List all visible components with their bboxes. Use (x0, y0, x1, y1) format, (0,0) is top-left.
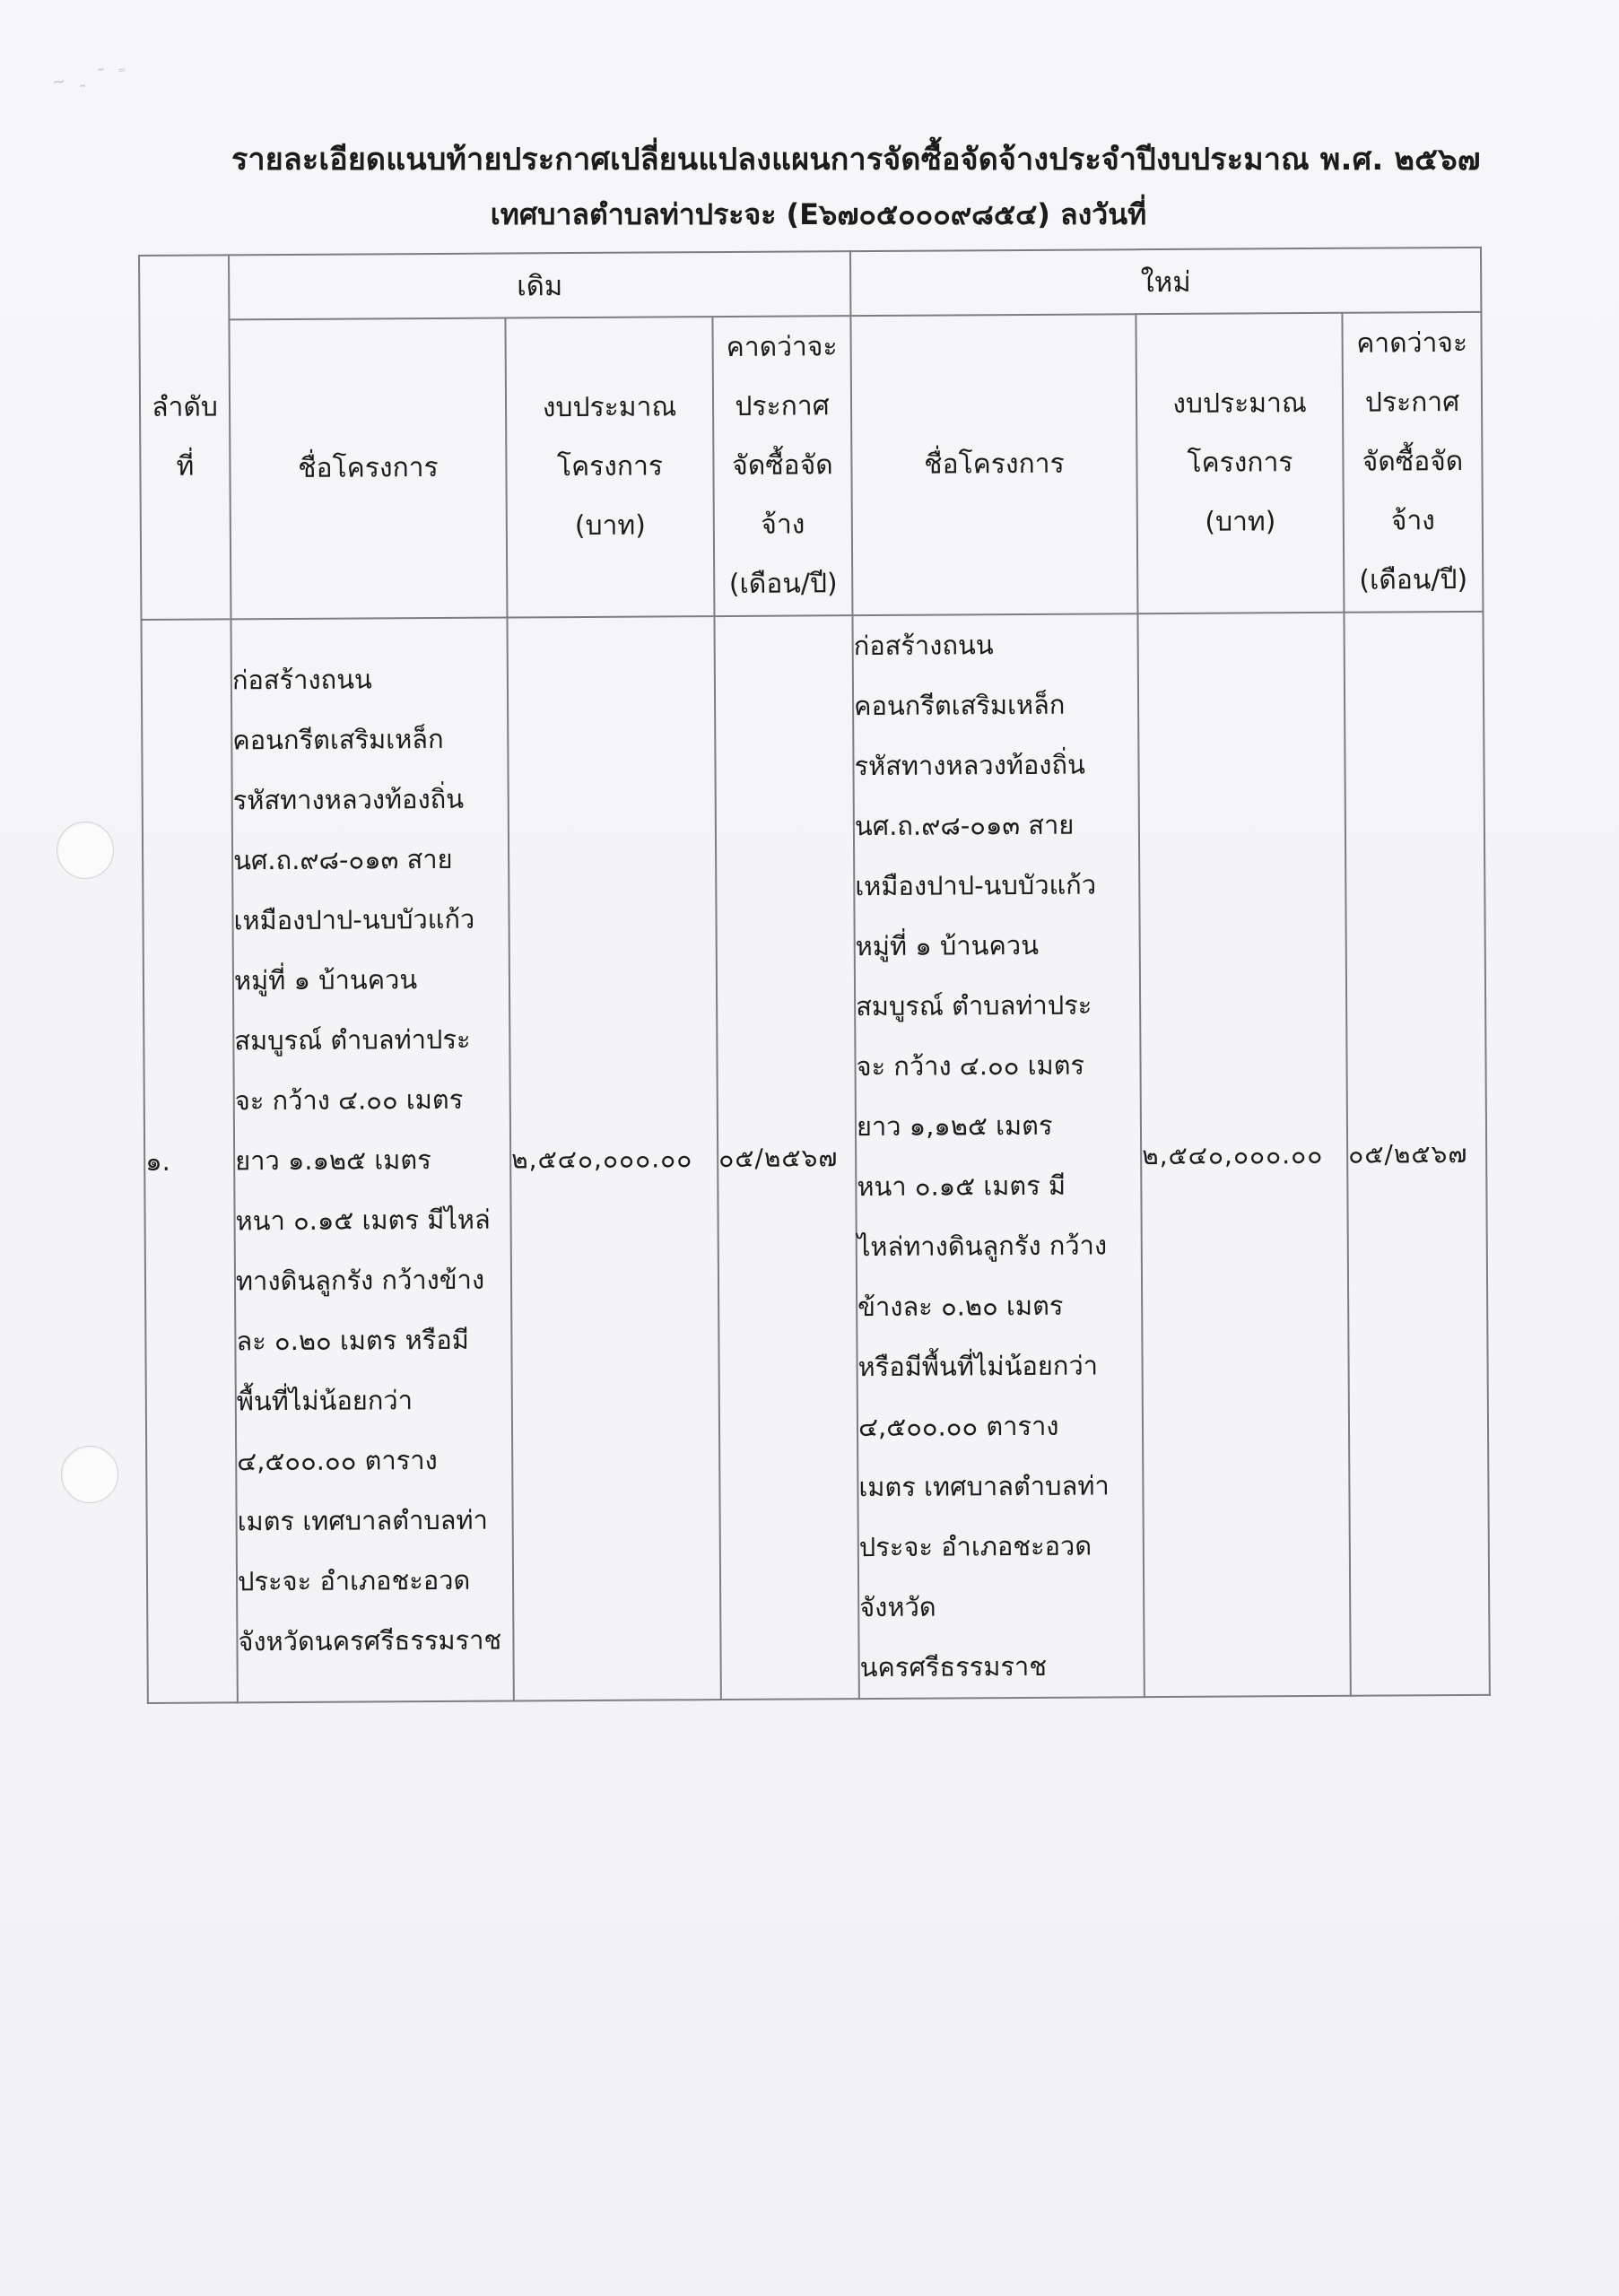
new-expected-date: ๐๕/๒๕๖๗ (1344, 612, 1489, 1696)
row-index: ๑. (141, 619, 237, 1703)
project-text-line: เมตร เทศบาลตำบลท่า (237, 1490, 511, 1552)
header-new-budget: งบประมาณ โครงการ (บาท) (1136, 313, 1344, 613)
old-budget: ๒,๕๔๐,๐๐๐.๐๐ (507, 616, 720, 1700)
document-subtitle: เทศบาลตำบลท่าประจะ (E๖๗๐๕๐๐๐๙๘๕๔) ลงวันท… (0, 192, 1619, 238)
project-text-line: นศ.ถ.๙๘-๐๑๓ สาย (855, 795, 1138, 857)
project-text-line: จะ กว้าง ๔.๐๐ เมตร (856, 1035, 1139, 1097)
project-text-line: รหัสทางหลวงท้องถิ่น (854, 735, 1137, 796)
new-budget: ๒,๕๔๐,๐๐๐.๐๐ (1137, 613, 1350, 1697)
project-text-line: จังหวัดนครศรีธรรมราช (238, 1610, 512, 1672)
project-text-line: ละ ๐.๒๐ เมตร หรือมี (236, 1309, 510, 1371)
project-text-line: นศ.ถ.๙๘-๐๑๓ สาย (233, 829, 508, 891)
project-text-line: ๔,๕๐๐.๐๐ ตาราง (858, 1396, 1142, 1457)
project-text-line: เหมืองปาป-นบบัวแก้ว (855, 855, 1138, 917)
procurement-change-table: ลำดับ ที่ เดิม ใหม่ ชื่อโครงการ งบประมาณ… (138, 247, 1491, 1704)
project-text-line: ก่อสร้างถนน (853, 614, 1136, 676)
table-row: ๑. ก่อสร้างถนนคอนกรีตเสริมเหล็กรหัสทางหล… (141, 612, 1489, 1703)
project-text-line: ประจะ อำเภอชะอวด (859, 1516, 1143, 1578)
project-text-line: พื้นที่ไม่น้อยกว่า (237, 1370, 511, 1431)
header-group-old: เดิม (229, 251, 850, 319)
project-text-line: คอนกรีตเสริมเหล็ก (232, 709, 507, 770)
project-text-line: ๔,๕๐๐.๐๐ ตาราง (237, 1430, 511, 1492)
project-text-line: คอนกรีตเสริมเหล็ก (854, 674, 1137, 736)
header-new-expected: คาดว่าจะ ประกาศ จัดซื้อจัด จ้าง (เดือน/ป… (1342, 312, 1483, 613)
old-expected-date: ๐๕/๒๕๖๗ (714, 615, 858, 1700)
project-text-line: ไหล่ทางดินลูกรัง กว้าง (857, 1215, 1141, 1277)
project-text-line: นครศรีธรรมราช (859, 1636, 1143, 1698)
punch-hole (61, 1446, 118, 1503)
header-old-expected: คาดว่าจะ ประกาศ จัดซื้อจัด จ้าง (เดือน/ป… (712, 316, 852, 616)
header-index: ลำดับ ที่ (139, 255, 231, 620)
scanned-page: ~ ˷ ˜ ⁼ รายละเอียดแนบท้ายประกาศเปลี่ยนแป… (0, 0, 1619, 2296)
project-text-line: หมู่ที่ ๑ บ้านควน (234, 949, 509, 1011)
project-text-line: รหัสทางหลวงท้องถิ่น (233, 769, 508, 831)
project-text-line: สมบูรณ์ ตำบลท่าประ (234, 1009, 509, 1071)
project-text-line: ประจะ อำเภอชะอวด (238, 1550, 512, 1612)
header-new-project-name: ชื่อโครงการ (850, 314, 1137, 615)
project-text-line: จังหวัด (859, 1576, 1143, 1638)
project-text-line: ยาว ๑,๑๒๕ เมตร (857, 1095, 1140, 1157)
project-text-line: ทางดินลูกรัง กว้างข้าง (236, 1249, 510, 1311)
project-text-line: เมตร เทศบาลตำบลท่า (858, 1456, 1142, 1518)
project-text-line: จะ กว้าง ๔.๐๐ เมตร (235, 1069, 509, 1131)
new-project-name: ก่อสร้างถนนคอนกรีตเสริมเหล็กรหัสทางหลวงท… (852, 613, 1144, 1699)
document-title: รายละเอียดแนบท้ายประกาศเปลี่ยนแปลงแผนการ… (231, 135, 1397, 183)
header-old-budget: งบประมาณ โครงการ (บาท) (505, 317, 714, 617)
project-text-line: หมู่ที่ ๑ บ้านควน (856, 915, 1139, 977)
old-project-name: ก่อสร้างถนนคอนกรีตเสริมเหล็กรหัสทางหลวงท… (231, 617, 513, 1702)
project-text-line: ยาว ๑.๑๒๕ เมตร (235, 1129, 509, 1191)
project-text-line: ข้างละ ๐.๒๐ เมตร (857, 1275, 1141, 1337)
header-old-project-name: ชื่อโครงการ (229, 318, 507, 620)
project-text-line: เหมืองปาป-นบบัวแก้ว (233, 889, 508, 951)
project-text-line: หนา ๐.๑๕ เมตร มีไหล่ (235, 1189, 509, 1251)
bleed-through-mark: ~ ˷ ˜ ⁼ (51, 52, 210, 126)
header-group-new: ใหม่ (850, 248, 1481, 316)
project-text-line: สมบูรณ์ ตำบลท่าประ (856, 975, 1139, 1037)
punch-hole (57, 822, 114, 879)
project-text-line: หรือมีพื้นที่ไม่น้อยกว่า (857, 1335, 1141, 1397)
project-text-line: หนา ๐.๑๕ เมตร มี (857, 1155, 1140, 1217)
project-text-line: ก่อสร้างถนน (232, 648, 507, 710)
